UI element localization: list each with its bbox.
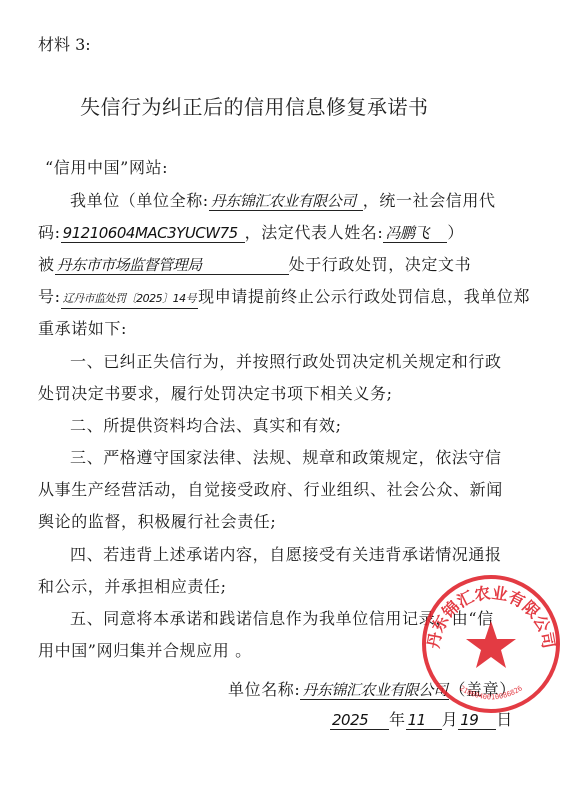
text: 码: [38, 223, 61, 242]
legal-rep-handwritten: 冯鹏飞 [383, 224, 447, 243]
commitment-4-line2: 和公示，并承担相应责任; [38, 577, 227, 597]
text: 被 [38, 255, 55, 274]
text: 我单位（单位全称: [70, 191, 209, 210]
company-seal-icon: 丹东锦汇农业有限公司 2106040010086826 [420, 573, 562, 715]
text: 号: [38, 287, 61, 306]
para1-line3: 被丹东市市场监督管理局处于行政处罚，决定文书 [38, 255, 471, 275]
company-name-handwritten: 丹东锦汇农业有限公司 [209, 192, 363, 211]
text: ，统一社会信用代 [363, 191, 496, 210]
commitment-4-line1: 四、若违背上述承诺内容，自愿接受有关违背承诺情况通报 [70, 545, 502, 565]
svg-text:2106040010086826: 2106040010086826 [458, 684, 524, 701]
seal-number: 2106040010086826 [458, 684, 524, 701]
credit-code-handwritten: 91210604MAC3YUCW75 [61, 224, 245, 243]
text: ，法定代表人姓名: [245, 223, 384, 242]
commitment-1-line2: 处罚决定书要求，履行处罚决定书项下相关义务; [38, 384, 393, 404]
text: 处于行政处罚，决定文书 [289, 255, 472, 274]
para1-line2: 码:91210604MAC3YUCW75，法定代表人姓名:冯鹏飞） [38, 223, 464, 243]
para1-line4: 号:辽丹市监处罚〔2025〕14号现申请提前终止公示行政处罚信息，我单位郑 [38, 287, 530, 309]
text: ） [447, 223, 464, 242]
signature-label: 单位名称: [228, 680, 300, 699]
commitment-3-line2: 从事生产经营活动，自觉接受政府、行业组织、社会公众、新闻 [38, 480, 503, 500]
document-title: 失信行为纠正后的信用信息修复承诺书 [80, 91, 429, 120]
year-label: 年 [389, 710, 406, 729]
para1-line5: 重承诺如下: [38, 319, 127, 339]
year-handwritten: 2025 [330, 711, 389, 730]
material-label: 材料 3: [38, 32, 91, 55]
text: 现申请提前终止公示行政处罚信息，我单位郑 [198, 287, 530, 306]
authority-handwritten: 丹东市市场监督管理局 [55, 256, 289, 275]
commitment-2-line1: 二、所提供资料均合法、真实和有效; [70, 416, 342, 436]
salutation: “信用中国”网站: [45, 158, 168, 178]
commitment-5-line2: 用中国”网归集并合规应用 。 [38, 641, 252, 661]
commitment-1-line1: 一、已纠正失信行为，并按照行政处罚决定机关规定和行政 [70, 352, 502, 372]
commitment-3-line3: 舆论的监督，积极履行社会责任; [38, 512, 276, 532]
decision-number-handwritten: 辽丹市监处罚〔2025〕14号 [61, 290, 199, 309]
commitment-3-line1: 三、严格遵守国家法律、法规、规章和政策规定，依法守信 [70, 448, 502, 468]
para1-line1: 我单位（单位全称:丹东锦汇农业有限公司，统一社会信用代 [70, 191, 496, 211]
